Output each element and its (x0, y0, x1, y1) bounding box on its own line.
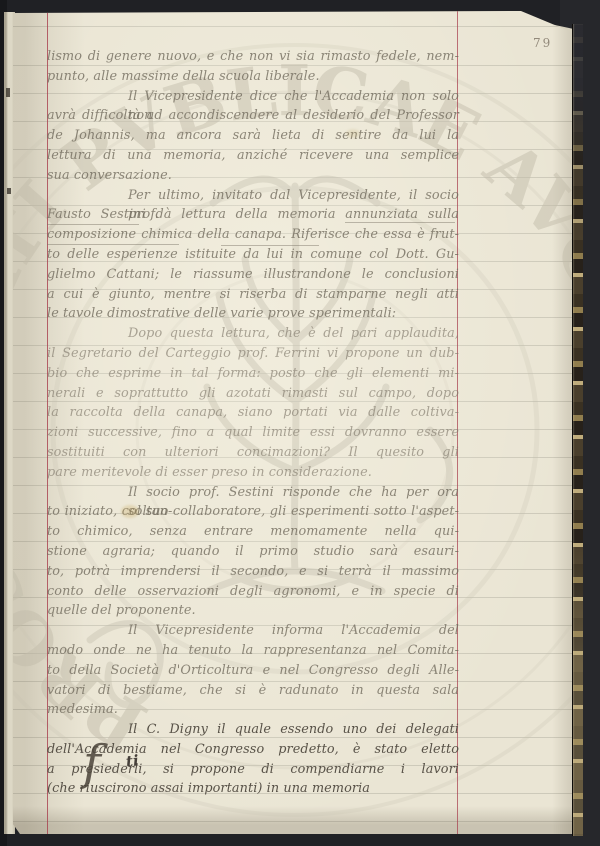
manuscript-line: avrà difficoltà ad accondiscendere al de… (47, 106, 459, 126)
manuscript-line: modo onde ne ha tenuto la rappresentanza… (47, 641, 459, 661)
underline-mark (47, 224, 139, 225)
manuscript-line: to della Società d'Orticoltura e nel Con… (47, 661, 459, 681)
manuscript-line: stione agraria; quando il primo studio s… (47, 542, 459, 562)
manuscript-line: quelle del proponente. (47, 601, 459, 621)
manuscript-line: Per ultimo, invitato dal Vicepresidente,… (47, 186, 459, 206)
manuscript-line: to chimico, senza entrare menomamente ne… (47, 522, 459, 542)
manuscript-line: (che riuscirono assai importanti) in una… (47, 779, 459, 799)
underline-mark (221, 245, 319, 246)
page-number: 79 (533, 36, 565, 50)
manuscript-line: zioni successive, fino a qual limite ess… (47, 423, 459, 443)
paper-stain (346, 129, 360, 138)
manuscript-line: medesima. (47, 700, 459, 720)
manuscript-line: punto, alle massime della scuola liberal… (47, 67, 459, 87)
manuscript-line: sostituiti con ulteriori concimazioni? I… (47, 443, 459, 463)
manuscript-line: bio che esprime in tal forma: posto che … (47, 364, 459, 384)
manuscript-line: Il socio prof. Sestini risponde che ha p… (47, 483, 459, 503)
manuscript-line: sua conversazione. (47, 166, 459, 186)
manuscript-line: de Johannis, ma ancora sarà lieta di sen… (47, 126, 459, 146)
scanned-book-photo: { "document": { "page_number": "79", "st… (0, 0, 600, 846)
manuscript-line: to, potrà imprendersi il secondo, e si t… (47, 562, 459, 582)
manuscript-line: composizione chimica della canapa. Rifer… (47, 225, 459, 245)
manuscript-line: a presiederli, si propone di compendiarn… (47, 760, 459, 780)
manuscript-line: a cui è giunto, mentre si riserba di sta… (47, 285, 459, 305)
manuscript-line: Il C. Digny il quale essendo uno dei del… (47, 720, 459, 740)
manuscript-line: to iniziato, col suo collaboratore, gli … (47, 502, 459, 522)
manuscript-line: Il Vicepresidente informa l'Accademia de… (47, 621, 459, 641)
manuscript-line: Il Vicepresidente dice che l'Accademia n… (47, 87, 459, 107)
underline-mark (345, 222, 455, 223)
manuscript-line: la raccolta della canapa, siano portati … (47, 403, 459, 423)
manuscript-line: vatori di bestiame, che si è radunato in… (47, 681, 459, 701)
edge-mark (6, 88, 10, 97)
ink-flourish: f (83, 739, 101, 787)
ink-correction: ti (125, 751, 139, 770)
manuscript-line: glielmo Cattani; le riassume illustrando… (47, 265, 459, 285)
paper-stain (121, 505, 139, 518)
manuscript-page: PROSPERITATI PVBLICAE AVGENDAE 79 lismo … (13, 11, 574, 834)
manuscript-line: il Segretario del Carteggio prof. Ferrin… (47, 344, 459, 364)
manuscript-text: lismo di genere nuovo, e che non vi sia … (47, 47, 459, 799)
manuscript-line: pare meritevole di esser preso in consid… (47, 463, 459, 483)
edge-mark (7, 188, 11, 194)
underline-mark (47, 244, 179, 245)
manuscript-line: lettura di una memoria, anziché ricevere… (47, 146, 459, 166)
manuscript-line: Dopo questa lettura, che è del pari appl… (47, 324, 459, 344)
manuscript-line: nerali e soprattutto gli azotati rimasti… (47, 384, 459, 404)
manuscript-line: lismo di genere nuovo, e che non vi sia … (47, 47, 459, 67)
manuscript-line: le tavole dimostrative delle varie prove… (47, 304, 459, 324)
book-fore-edge (572, 24, 583, 836)
manuscript-line: dell'Accademia nel Congresso predetto, è… (47, 740, 459, 760)
manuscript-line: conto delle osservazioni degli agronomi,… (47, 582, 459, 602)
manuscript-line: to delle esperienze istituite da lui in … (47, 245, 459, 265)
